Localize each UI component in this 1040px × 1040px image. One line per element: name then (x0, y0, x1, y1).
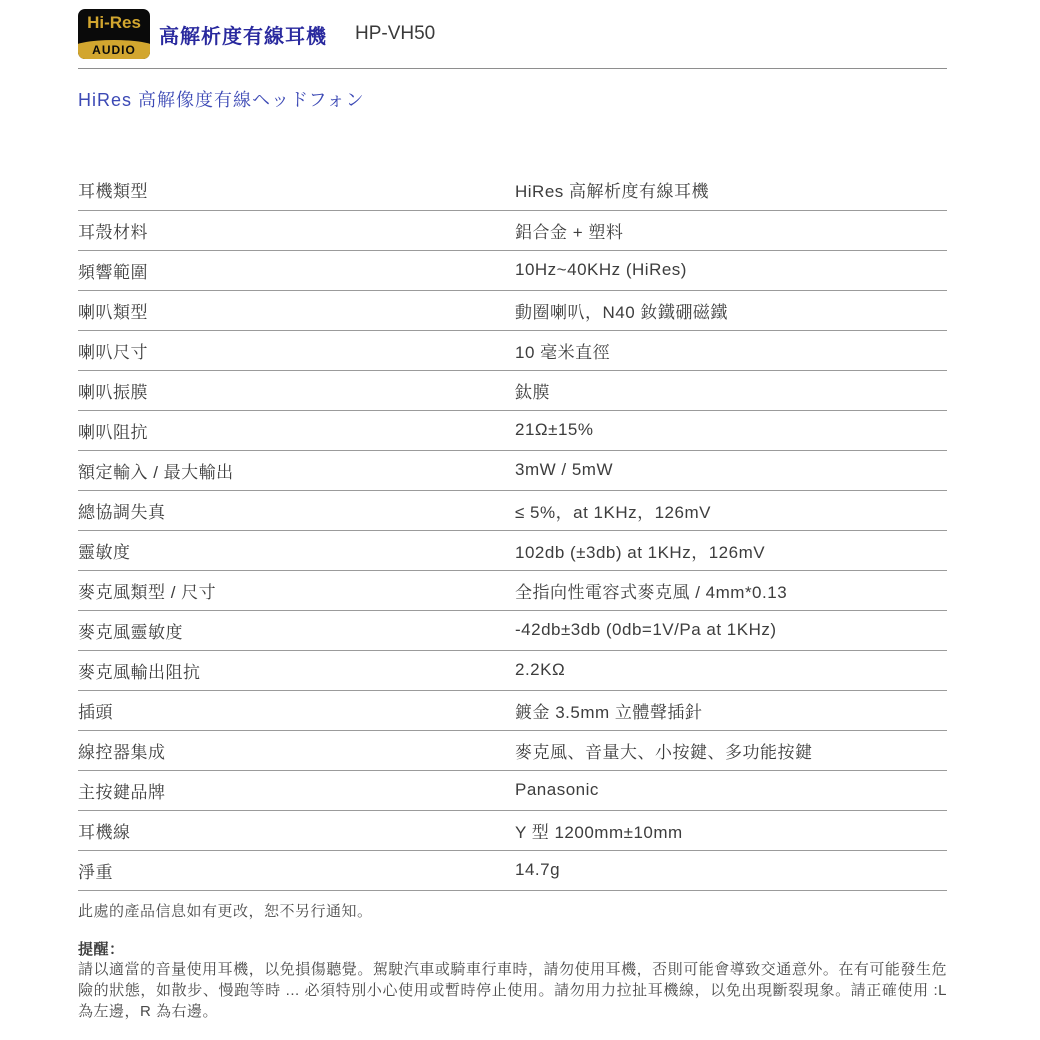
spec-label: 靈敏度 (78, 530, 515, 570)
reminder-body: 請以適當的音量使用耳機，以免損傷聽覺。駕駛汽車或騎車行車時，請勿使用耳機，否則可… (78, 959, 947, 1022)
spec-label: 頻響範圍 (78, 250, 515, 290)
spec-row: 線控器集成 麥克風、音量大、小按鍵、多功能按鍵 (78, 730, 947, 770)
spec-value: 3mW / 5mW (515, 450, 947, 490)
spec-row: 淨重 14.7g (78, 850, 947, 890)
spec-row: 主按鍵品牌 Panasonic (78, 770, 947, 810)
spec-row: 插頭 鍍金 3.5mm 立體聲插針 (78, 690, 947, 730)
spec-row: 額定輸入 / 最大輸出 3mW / 5mW (78, 450, 947, 490)
spec-row: 靈敏度 102db (±3db) at 1KHz，126mV (78, 530, 947, 570)
model-number: HP-VH50 (355, 23, 435, 45)
spec-label: 總協調失真 (78, 490, 515, 530)
spec-table-body: 耳機類型 HiRes 高解析度有線耳機 耳殼材料 鋁合金 + 塑料 頻響範圍 1… (78, 170, 947, 890)
spec-label: 耳機類型 (78, 170, 515, 210)
spec-value: Panasonic (515, 770, 947, 810)
spec-value: 2.2KΩ (515, 650, 947, 690)
header-divider (78, 68, 947, 69)
spec-row: 喇叭阻抗 21Ω±15% (78, 410, 947, 450)
reminder-section: 提醒： 請以適當的音量使用耳機，以免損傷聽覺。駕駛汽車或騎車行車時，請勿使用耳機… (78, 938, 947, 1022)
subtitle-japanese: HiRes 高解像度有線ヘッドフォン (78, 86, 947, 112)
spec-label: 麥克風靈敏度 (78, 610, 515, 650)
spec-label: 主按鍵品牌 (78, 770, 515, 810)
spec-value: 102db (±3db) at 1KHz，126mV (515, 530, 947, 570)
hires-logo-audio-band: AUDIO (78, 40, 150, 59)
hires-audio-logo-icon: Hi-Res AUDIO (78, 9, 150, 59)
product-spec-page: Hi-Res AUDIO 高解析度有線耳機 HP-VH50 HiRes 高解像度… (0, 0, 1040, 1040)
spec-label: 喇叭類型 (78, 290, 515, 330)
spec-value: 動圈喇叭，N40 釹鐵硼磁鐵 (515, 290, 947, 330)
spec-row: 喇叭振膜 鈦膜 (78, 370, 947, 410)
spec-label: 麥克風輸出阻抗 (78, 650, 515, 690)
spec-row: 麥克風輸出阻抗 2.2KΩ (78, 650, 947, 690)
spec-value: 10Hz~40KHz (HiRes) (515, 250, 947, 290)
spec-label: 喇叭阻抗 (78, 410, 515, 450)
spec-value: 麥克風、音量大、小按鍵、多功能按鍵 (515, 730, 947, 770)
hires-logo-top-text: Hi-Res (78, 9, 150, 33)
spec-value: Y 型 1200mm±10mm (515, 810, 947, 850)
spec-value: HiRes 高解析度有線耳機 (515, 170, 947, 210)
spec-value: 全指向性電容式麥克風 / 4mm*0.13 (515, 570, 947, 610)
change-note: 此處的產品信息如有更改，恕不另行通知。 (78, 900, 947, 921)
spec-label: 喇叭尺寸 (78, 330, 515, 370)
header: Hi-Res AUDIO 高解析度有線耳機 HP-VH50 (78, 8, 947, 60)
spec-label: 線控器集成 (78, 730, 515, 770)
spec-label: 麥克風類型 / 尺寸 (78, 570, 515, 610)
spec-value: ≤ 5%，at 1KHz，126mV (515, 490, 947, 530)
spec-label: 耳機線 (78, 810, 515, 850)
spec-value: 10 毫米直徑 (515, 330, 947, 370)
spec-value: 鋁合金 + 塑料 (515, 210, 947, 250)
spec-value: 鍍金 3.5mm 立體聲插針 (515, 690, 947, 730)
spec-row: 喇叭類型 動圈喇叭，N40 釹鐵硼磁鐵 (78, 290, 947, 330)
spec-row: 頻響範圍 10Hz~40KHz (HiRes) (78, 250, 947, 290)
spec-value: 21Ω±15% (515, 410, 947, 450)
spec-row: 總協調失真 ≤ 5%，at 1KHz，126mV (78, 490, 947, 530)
spec-row: 麥克風靈敏度 -42db±3db (0db=1V/Pa at 1KHz) (78, 610, 947, 650)
spec-label: 喇叭振膜 (78, 370, 515, 410)
page-title: 高解析度有線耳機 (159, 20, 327, 49)
spec-label: 插頭 (78, 690, 515, 730)
spec-row: 耳機類型 HiRes 高解析度有線耳機 (78, 170, 947, 210)
spec-label: 額定輸入 / 最大輸出 (78, 450, 515, 490)
spec-value: 鈦膜 (515, 370, 947, 410)
spec-label: 淨重 (78, 850, 515, 890)
reminder-title: 提醒： (78, 938, 947, 959)
spec-row: 喇叭尺寸 10 毫米直徑 (78, 330, 947, 370)
spec-row: 麥克風類型 / 尺寸 全指向性電容式麥克風 / 4mm*0.13 (78, 570, 947, 610)
spec-row: 耳機線 Y 型 1200mm±10mm (78, 810, 947, 850)
spec-table: 耳機類型 HiRes 高解析度有線耳機 耳殼材料 鋁合金 + 塑料 頻響範圍 1… (78, 170, 947, 891)
spec-label: 耳殼材料 (78, 210, 515, 250)
spec-row: 耳殼材料 鋁合金 + 塑料 (78, 210, 947, 250)
spec-value: 14.7g (515, 850, 947, 890)
spec-value: -42db±3db (0db=1V/Pa at 1KHz) (515, 610, 947, 650)
content-area: Hi-Res AUDIO 高解析度有線耳機 HP-VH50 HiRes 高解像度… (0, 0, 1040, 1022)
